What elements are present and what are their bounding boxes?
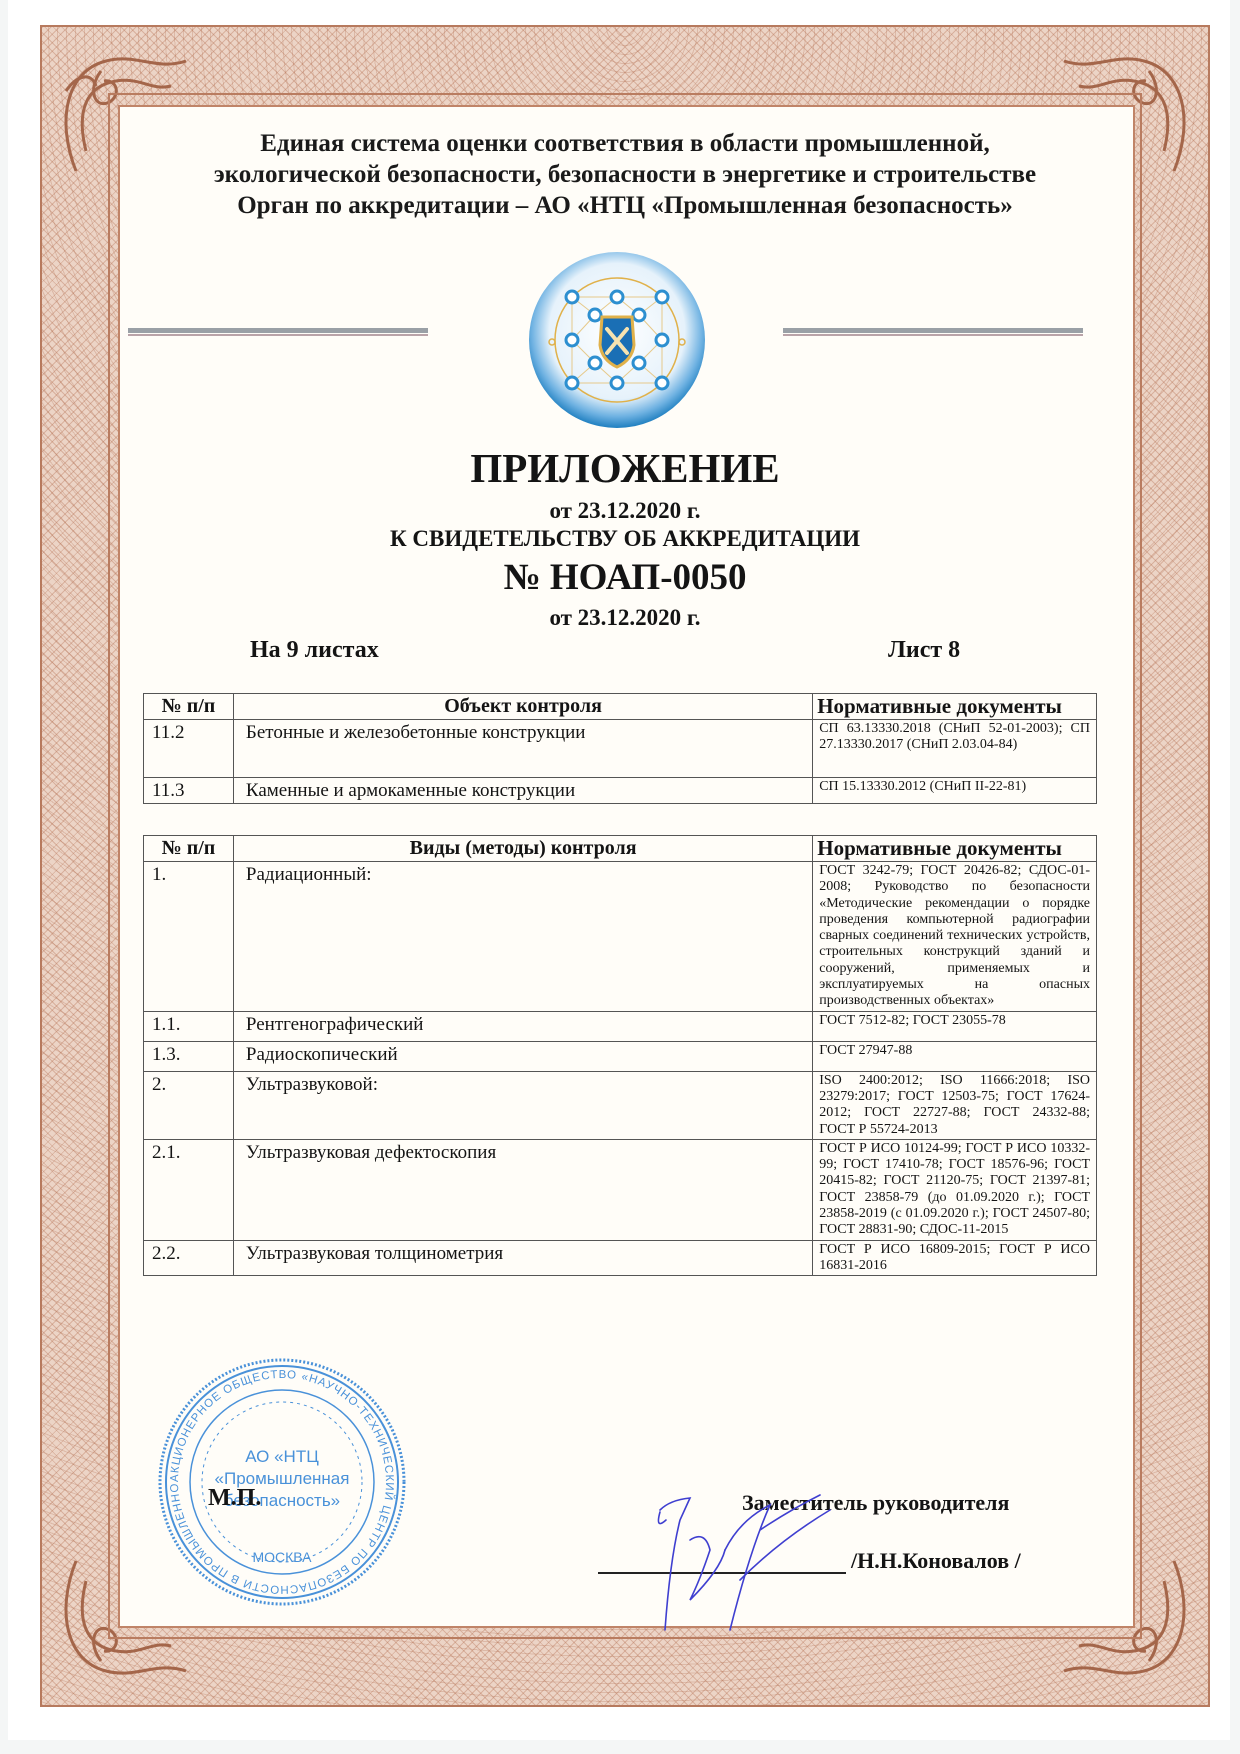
table-row: 11.2 Бетонные и железобетонные конструкц… — [144, 720, 1097, 778]
handwritten-signature-icon — [630, 1490, 870, 1640]
certificate-date: от 23.12.2020 г. — [120, 604, 1130, 632]
table-row: 1.1. Рентгенографический ГОСТ 7512-82; Г… — [144, 1011, 1097, 1041]
document-title: ПРИЛОЖЕНИЕ — [120, 443, 1130, 493]
table-row: 1.3. Радиоскопический ГОСТ 27947-88 — [144, 1041, 1097, 1071]
row-method: Радиационный: — [233, 862, 812, 1012]
certificate-caption: К СВИДЕТЕЛЬСТВУ ОБ АККРЕДИТАЦИИ — [120, 525, 1130, 553]
control-methods-table: № п/п Виды (методы) контроля Нормативные… — [143, 835, 1097, 1276]
table-row: 11.3 Каменные и армокаменные конструкции… — [144, 778, 1097, 804]
decorative-rule — [783, 328, 1083, 336]
table-header-row: № п/п Виды (методы) контроля Нормативные… — [144, 836, 1097, 862]
row-object: Каменные и армокаменные конструкции — [233, 778, 812, 804]
signer-name: /Н.Н.Коновалов / — [851, 1548, 1021, 1574]
column-header: Объект контроля — [233, 694, 812, 720]
total-sheets: На 9 листах — [250, 637, 379, 664]
column-header: № п/п — [144, 694, 234, 720]
org-line: Единая система оценки соответствия в обл… — [120, 128, 1130, 159]
row-number: 1.1. — [144, 1011, 234, 1041]
table-row: 1. Радиационный: ГОСТ 3242-79; ГОСТ 2042… — [144, 862, 1097, 1012]
row-number: 11.3 — [144, 778, 234, 804]
appendix-date: от 23.12.2020 г. — [120, 497, 1130, 525]
table-header-row: № п/п Объект контроля Нормативные докуме… — [144, 694, 1097, 720]
row-number: 1.3. — [144, 1041, 234, 1071]
sheet-number: Лист 8 — [888, 637, 960, 664]
row-method: Ультразвуковая дефектоскопия — [233, 1139, 812, 1240]
row-documents: ГОСТ 27947-88 — [813, 1041, 1097, 1071]
row-documents: ГОСТ 7512-82; ГОСТ 23055-78 — [813, 1011, 1097, 1041]
certificate-number: № НОАП-0050 — [120, 556, 1130, 600]
control-objects-table: № п/п Объект контроля Нормативные докуме… — [143, 693, 1097, 804]
table-row: 2.2. Ультразвуковая толщинометрия ГОСТ Р… — [144, 1240, 1097, 1276]
stamp-city: МОСКВА — [252, 1549, 312, 1565]
row-documents: ISO 2400:2012; ISO 11666:2018; ISO 23279… — [813, 1071, 1097, 1139]
seal-placeholder-label: М.П. — [208, 1485, 261, 1512]
column-header: Виды (методы) контроля — [233, 836, 812, 862]
official-seal-stamp: АКЦИОНЕРНОЕ ОБЩЕСТВО «НАУЧНО-ТЕХНИЧЕСКИЙ… — [152, 1352, 412, 1612]
shield-crossed-hammers-logo-icon — [522, 245, 712, 435]
decorative-rule — [128, 328, 428, 336]
row-number: 2.2. — [144, 1240, 234, 1276]
table-row: 2.1. Ультразвуковая дефектоскопия ГОСТ Р… — [144, 1139, 1097, 1240]
row-documents: ГОСТ 3242-79; ГОСТ 20426-82; СДОС-01-200… — [813, 862, 1097, 1012]
organization-header: Единая система оценки соответствия в обл… — [120, 128, 1130, 221]
stamp-line: АО «НТЦ — [245, 1447, 319, 1466]
row-documents: СП 15.13330.2012 (СНиП II-22-81) — [813, 778, 1097, 804]
row-number: 2.1. — [144, 1139, 234, 1240]
column-header: № п/п — [144, 836, 234, 862]
row-documents: ГОСТ Р ИСО 10124-99; ГОСТ Р ИСО 10332-99… — [813, 1139, 1097, 1240]
row-number: 1. — [144, 862, 234, 1012]
row-method: Радиоскопический — [233, 1041, 812, 1071]
column-header: Нормативные документы — [813, 694, 1097, 720]
row-number: 11.2 — [144, 720, 234, 778]
column-header: Нормативные документы — [813, 836, 1097, 862]
row-documents: СП 63.13330.2018 (СНиП 52-01-2003); СП 2… — [813, 720, 1097, 778]
row-method: Ультразвуковая толщинометрия — [233, 1240, 812, 1276]
row-method: Рентгенографический — [233, 1011, 812, 1041]
table-row: 2. Ультразвуковой: ISO 2400:2012; ISO 11… — [144, 1071, 1097, 1139]
row-number: 2. — [144, 1071, 234, 1139]
org-line: экологической безопасности, безопасности… — [120, 159, 1130, 190]
row-method: Ультразвуковой: — [233, 1071, 812, 1139]
row-documents: ГОСТ Р ИСО 16809-2015; ГОСТ Р ИСО 16831-… — [813, 1240, 1097, 1276]
row-object: Бетонные и железобетонные конструкции — [233, 720, 812, 778]
org-line: Орган по аккредитации – АО «НТЦ «Промышл… — [120, 190, 1130, 221]
